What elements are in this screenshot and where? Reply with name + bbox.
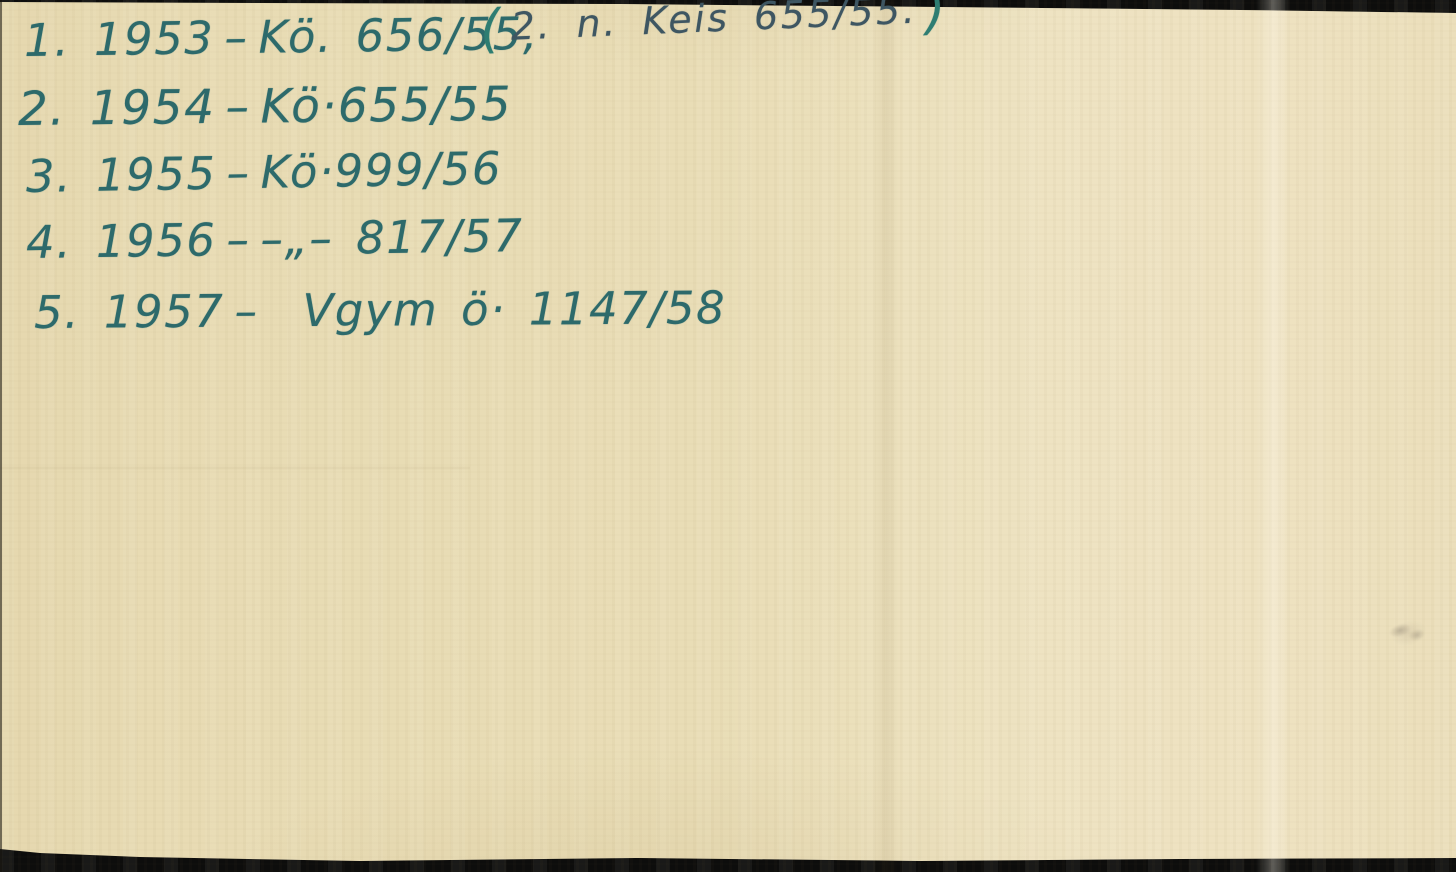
entry-year: 1957 bbox=[104, 285, 225, 339]
entry-reference: Kö·999/56 bbox=[260, 142, 502, 199]
entry-line-2: 2.1954–Kö·655/55 bbox=[18, 77, 513, 137]
entry-line-5: 5.1957–Vgym ö· 1147/58 bbox=[34, 281, 727, 339]
left-scan-edge bbox=[0, 0, 2, 872]
entry-number: 5. bbox=[34, 286, 80, 339]
entry-number: 2. bbox=[18, 82, 66, 137]
entry-number: 3. bbox=[26, 149, 73, 203]
entry-reference: Vgym ö· 1147/58 bbox=[302, 281, 726, 337]
entry-dash: – bbox=[234, 284, 258, 337]
annotation-close-paren: ) bbox=[924, 0, 949, 41]
annotation-text: 2. n. Keis 655/55. bbox=[510, 0, 918, 49]
entry-dash: – bbox=[226, 213, 251, 266]
entry-year: 1953 bbox=[94, 11, 215, 66]
scanned-card: 1.1953–Kö. 656/55, (2. n. Keis 655/55.) … bbox=[0, 0, 1456, 872]
entry-year: 1954 bbox=[90, 80, 216, 136]
entry-year: 1956 bbox=[96, 213, 217, 268]
entry-year: 1955 bbox=[95, 147, 216, 202]
entry-number: 1. bbox=[24, 13, 71, 67]
entry-reference: –„– 817/57 bbox=[260, 209, 524, 266]
entry-line-3: 3.1955–Kö·999/56 bbox=[26, 142, 503, 203]
entry-line-4: 4.1956––„– 817/57 bbox=[26, 209, 524, 269]
entry-dash: – bbox=[225, 80, 251, 135]
horizontal-crease bbox=[0, 466, 470, 470]
vertical-fold-shadow bbox=[872, 0, 898, 872]
vertical-light-band bbox=[1256, 0, 1290, 872]
entry-line-1: 1.1953–Kö. 656/55, bbox=[24, 7, 539, 67]
entry-number: 4. bbox=[26, 215, 73, 269]
entry-dash: – bbox=[226, 146, 251, 199]
entry-reference: Kö·655/55 bbox=[260, 77, 512, 135]
entry-dash: – bbox=[224, 11, 249, 64]
annotation-open-paren: ( bbox=[479, 0, 504, 60]
